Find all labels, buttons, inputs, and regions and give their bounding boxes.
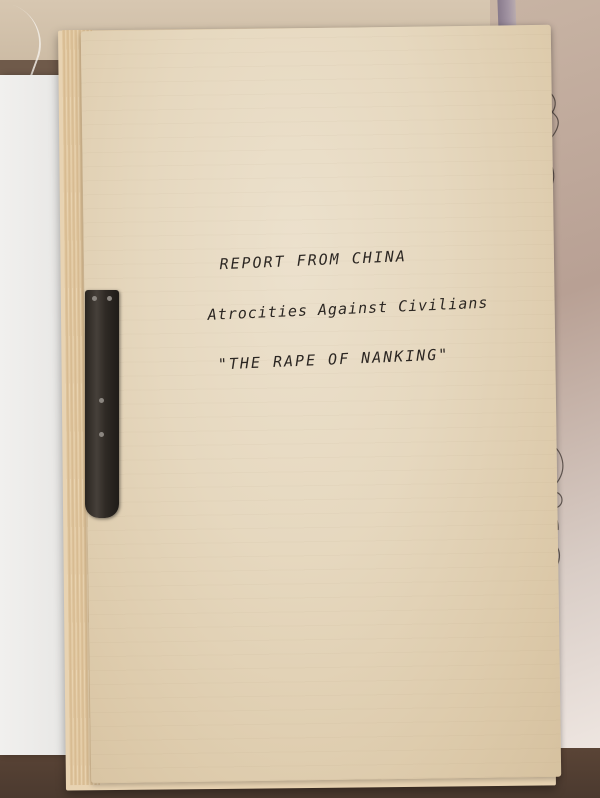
- binder-fastener: [85, 290, 119, 518]
- photo-scene: REPORT FROM CHINA Atrocities Against Civ…: [0, 0, 600, 798]
- rivet-icon: [107, 296, 112, 301]
- document-cover: [81, 25, 561, 783]
- rivet-icon: [92, 296, 97, 301]
